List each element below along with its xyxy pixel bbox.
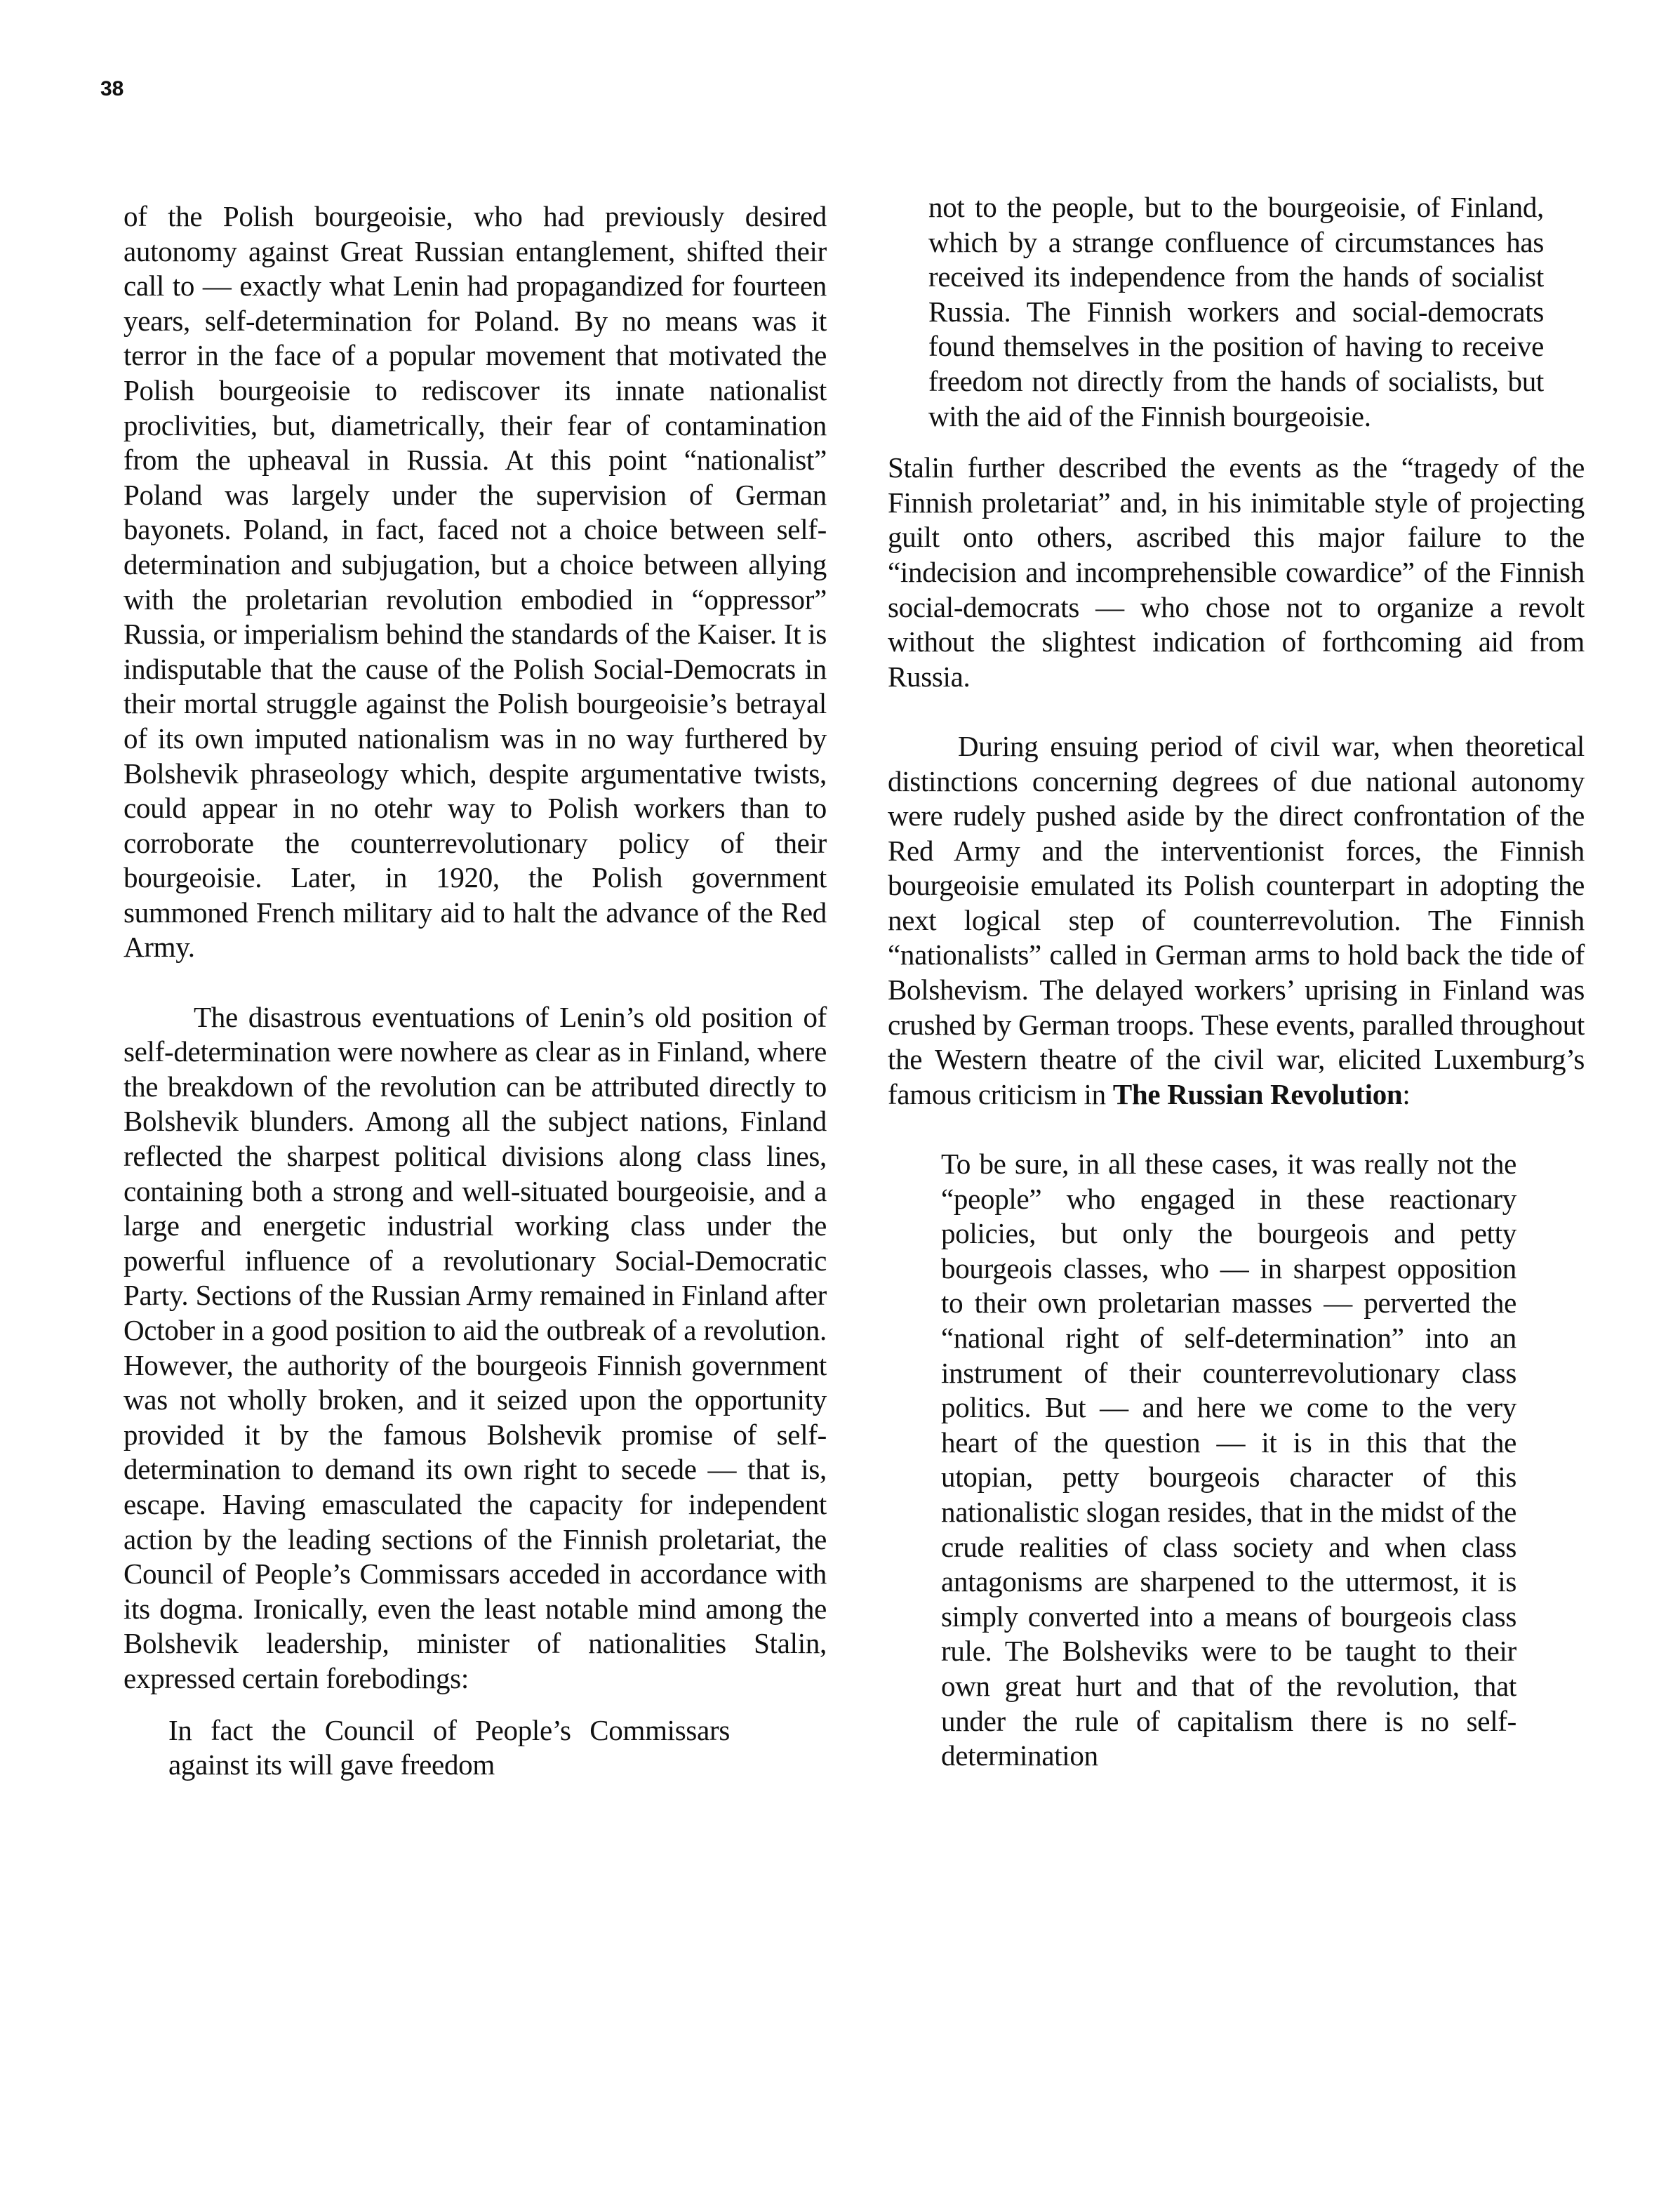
block-quote-stalin-start: In fact the Council of People’s Commissa… <box>168 1713 730 1783</box>
block-quote-stalin-continued: not to the people, but to the bourgeoisi… <box>928 190 1544 434</box>
right-column: not to the people, but to the bourgeoisi… <box>888 190 1585 1774</box>
paragraph-text: During ensuing period of civil war, when… <box>888 730 1585 1110</box>
left-column: of the Polish bourgeoisie, who had previ… <box>124 199 827 1783</box>
block-quote-luxemburg: To be sure, in all these cases, it was r… <box>941 1147 1516 1774</box>
paragraph-spacer <box>124 1696 827 1713</box>
body-paragraph: The disastrous eventuations of Lenin’s o… <box>124 1000 827 1696</box>
paragraph-spacer <box>888 434 1585 451</box>
body-paragraph: of the Polish bourgeoisie, who had previ… <box>124 199 827 965</box>
body-paragraph: Stalin further described the events as t… <box>888 451 1585 694</box>
body-paragraph: During ensuing period of civil war, when… <box>888 729 1585 1112</box>
paragraph-spacer <box>888 1112 1585 1147</box>
book-title: The Russian Revolution <box>1113 1078 1403 1110</box>
paragraph-text-end: : <box>1402 1078 1410 1110</box>
paragraph-spacer <box>888 694 1585 729</box>
page-number: 38 <box>100 77 124 101</box>
paragraph-spacer <box>124 965 827 1000</box>
